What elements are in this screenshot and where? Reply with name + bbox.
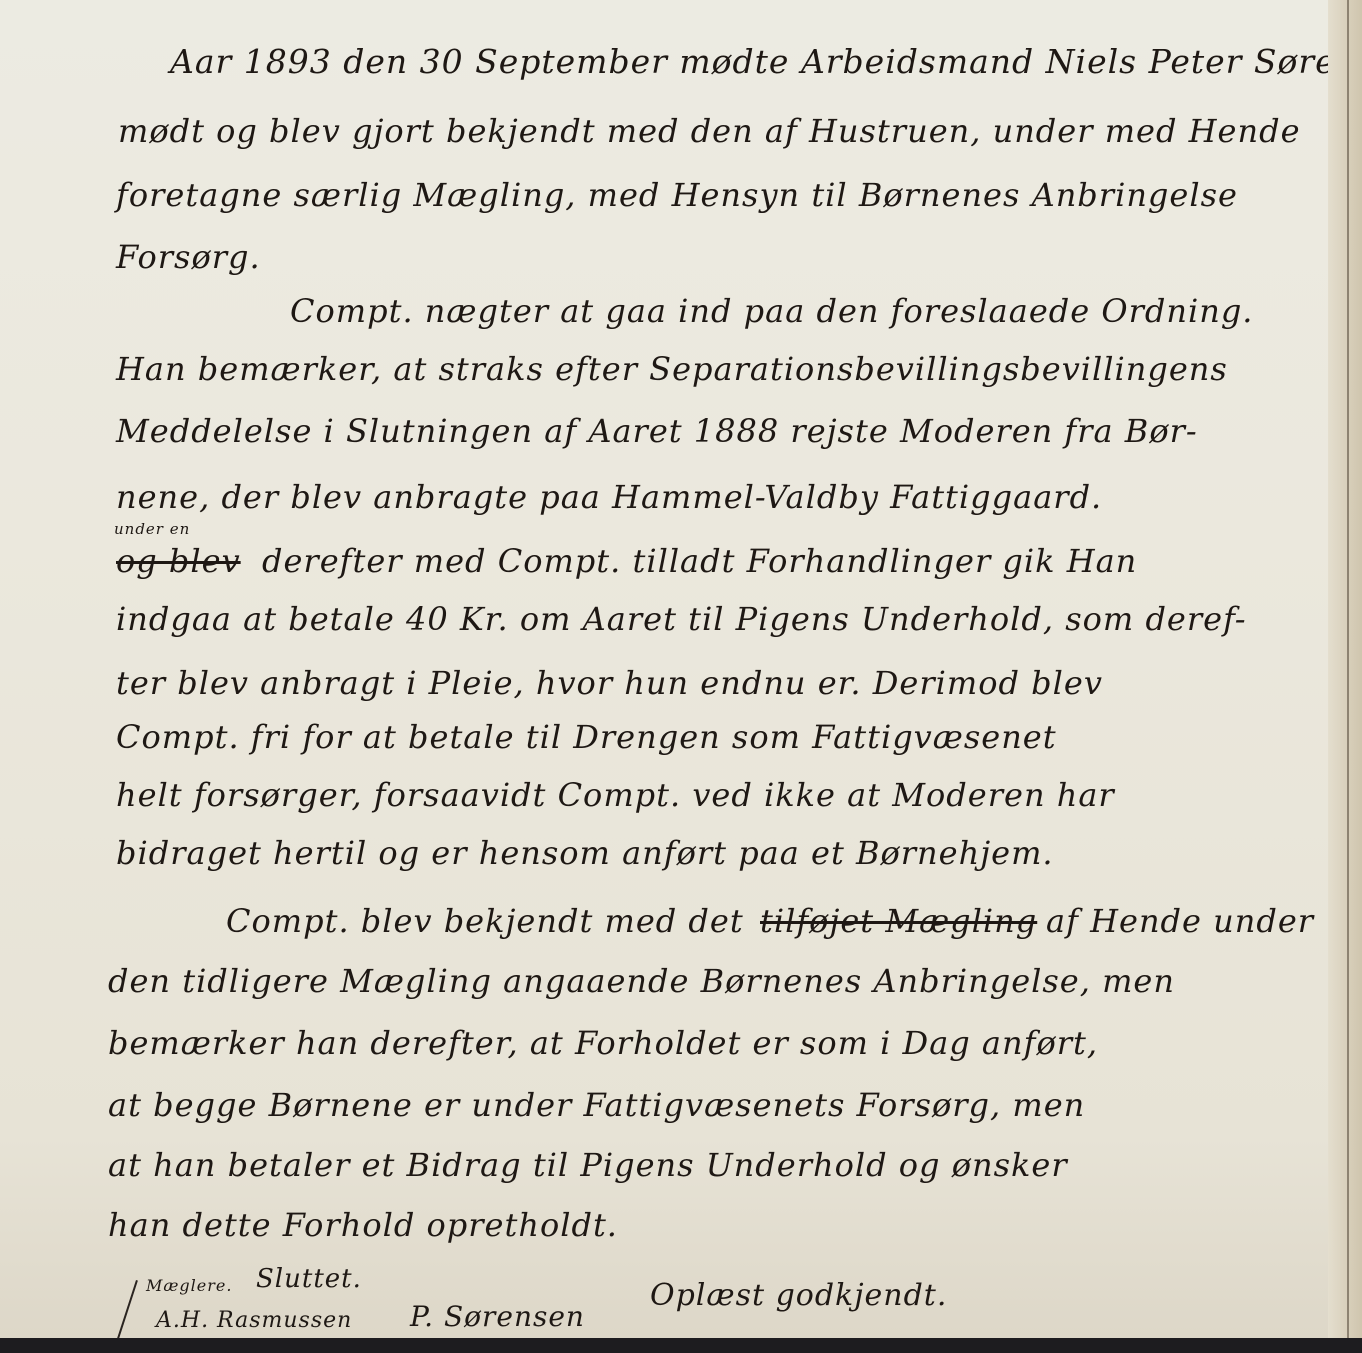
text-line-3: foretagne særlig Mægling, med Hensyn til… — [116, 176, 1238, 214]
concluded-note: Sluttet. — [256, 1264, 362, 1294]
text-line-15: af Hende under — [1046, 902, 1314, 940]
text-line-14: bidraget hertil og er hensom anført paa … — [116, 834, 1054, 872]
text-line-1: Aar 1893 den 30 September mødte Arbeidsm… — [170, 42, 1362, 81]
text-line-19: at han betaler et Bidrag til Pigens Unde… — [108, 1146, 1068, 1184]
text-line-11: ter blev anbragt i Pleie, hvor hun endnu… — [116, 664, 1103, 702]
text-line-6: Han bemærker, at straks efter Separation… — [116, 350, 1228, 388]
marginal-insertion: under en — [114, 520, 190, 538]
text-line-17: bemærker han derefter, at Forholdet er s… — [108, 1024, 1098, 1062]
text-line-9: derefter med Compt. tilladt Forhandlinge… — [262, 542, 1137, 580]
signature-rasmussen: A.H. Rasmussen — [156, 1308, 352, 1333]
struck-text-2: tilføjet Mægling — [760, 902, 1037, 940]
text-line-5: Compt. nægter at gaa ind paa den foresla… — [290, 292, 1253, 330]
marginal-note-mediators: Mæglere. — [146, 1276, 232, 1295]
signature-sorensen: P. Sørensen — [410, 1300, 585, 1333]
text-line-12: Compt. fri for at betale til Drengen som… — [116, 718, 1057, 756]
struck-text: og blev — [116, 542, 241, 580]
background-edge — [0, 1338, 1362, 1353]
text-line-8: nene, der blev anbragte paa Hammel-Valdb… — [116, 478, 1102, 516]
read-approved-note: Oplæst godkjendt. — [650, 1278, 947, 1313]
text-line-10: indgaa at betale 40 Kr. om Aaret til Pig… — [116, 600, 1247, 638]
pen-flourish — [117, 1280, 138, 1338]
text-line-20: han dette Forhold opretholdt. — [108, 1206, 618, 1244]
page-binding-edge — [1347, 0, 1349, 1338]
text-line-2: mødt og blev gjort bekjendt med den af H… — [118, 112, 1301, 150]
manuscript-page: Aar 1893 den 30 September mødte Arbeidsm… — [0, 0, 1362, 1338]
text-line-7: Meddelelse i Slutningen af Aaret 1888 re… — [116, 412, 1198, 450]
text-line-13: helt forsørger, forsaavidt Compt. ved ik… — [116, 776, 1115, 814]
text-line-18: at begge Børnene er under Fattigvæsenets… — [108, 1086, 1085, 1124]
text-line-15-pre: Compt. blev bekjendt med det — [226, 902, 744, 940]
text-line-16: den tidligere Mægling angaaende Børnenes… — [108, 962, 1175, 1000]
text-line-4: Forsørg. — [116, 238, 261, 276]
